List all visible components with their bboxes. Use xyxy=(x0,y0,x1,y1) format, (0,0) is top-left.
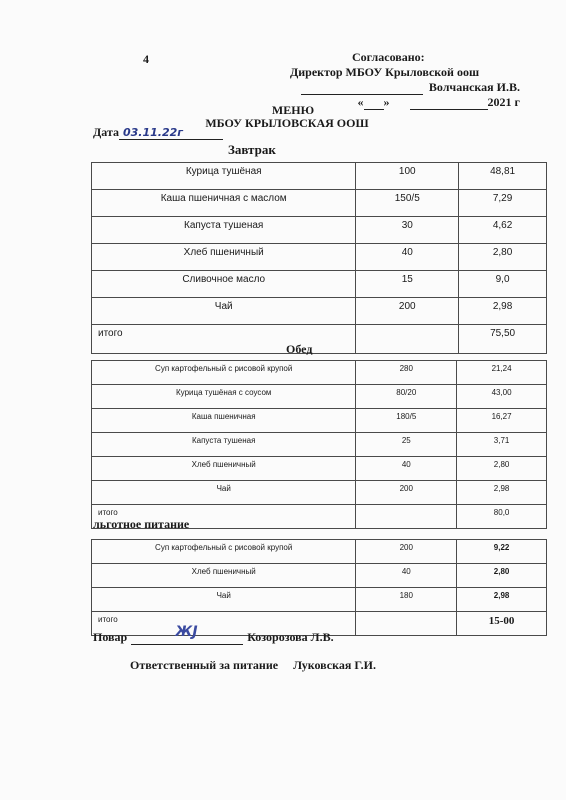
table-row: Сливочное масло159,0 xyxy=(92,271,547,298)
portion-cell: 40 xyxy=(356,457,457,481)
price-cell: 2,98 xyxy=(457,588,547,612)
portion-cell: 180 xyxy=(356,588,457,612)
portion-cell: 280 xyxy=(356,361,457,385)
portion-cell: 150/5 xyxy=(356,190,459,217)
table-row: Суп картофельный с рисовой крупой2009,22 xyxy=(92,540,547,564)
dish-cell: Хлеб пшеничный xyxy=(92,457,356,481)
portion-cell: 25 xyxy=(356,433,457,457)
subsidized-title: льготное питание xyxy=(93,517,189,532)
approval-signature-line: Волчанская И.В. xyxy=(290,80,520,95)
price-cell: 9,0 xyxy=(459,271,547,298)
portion-cell: 200 xyxy=(356,481,457,505)
price-cell: 2,80 xyxy=(457,564,547,588)
date-row: Дата 03.11.22г xyxy=(93,125,223,140)
portion-cell: 30 xyxy=(356,217,459,244)
approval-name: Волчанская И.В. xyxy=(429,80,520,95)
approval-title: Согласовано: xyxy=(290,50,520,65)
total-value: 15-00 xyxy=(457,612,547,636)
table-row: Капуста тушеная253,71 xyxy=(92,433,547,457)
dish-cell: Чай xyxy=(92,588,356,612)
price-cell: 3,71 xyxy=(457,433,547,457)
dish-cell: Суп картофельный с рисовой крупой xyxy=(92,361,356,385)
portion-cell: 40 xyxy=(356,244,459,271)
responsible-name: Луковская Г.И. xyxy=(293,658,376,672)
price-cell: 2,80 xyxy=(457,457,547,481)
approval-block: Согласовано: Директор МБОУ Крыловской оо… xyxy=(290,50,520,110)
portion-cell: 100 xyxy=(356,163,459,190)
table-row: Каша пшеничная с маслом150/57,29 xyxy=(92,190,547,217)
dish-cell: Капуста тушеная xyxy=(92,433,356,457)
cook-label: Повар xyxy=(93,630,127,645)
dish-cell: Сливочное масло xyxy=(92,271,356,298)
approval-position: Директор МБОУ Крыловской оош xyxy=(290,65,520,80)
dish-cell: Чай xyxy=(92,481,356,505)
cook-name: Козорозова Л.В. xyxy=(247,630,333,645)
signature-blank xyxy=(301,82,423,95)
lunch-title: Обед xyxy=(286,342,312,357)
portion-cell: 40 xyxy=(356,564,457,588)
price-cell: 4,62 xyxy=(459,217,547,244)
dish-cell: Курица тушёная xyxy=(92,163,356,190)
dish-cell: Каша пшеничная xyxy=(92,409,356,433)
table-row: Хлеб пшеничный402,80 xyxy=(92,457,547,481)
empty-cell xyxy=(356,325,459,354)
dish-cell: Чай xyxy=(92,298,356,325)
table-row: Курица тушёная10048,81 xyxy=(92,163,547,190)
total-label: итого xyxy=(92,325,356,354)
dish-cell: Каша пшеничная с маслом xyxy=(92,190,356,217)
empty-cell xyxy=(356,505,457,529)
price-cell: 9,22 xyxy=(457,540,547,564)
portion-cell: 200 xyxy=(356,540,457,564)
responsible-label: Ответственный за питание xyxy=(130,658,278,672)
breakfast-title: Завтрак xyxy=(228,142,276,158)
portion-cell: 80/20 xyxy=(356,385,457,409)
price-cell: 2,98 xyxy=(459,298,547,325)
table-row: Суп картофельный с рисовой крупой28021,2… xyxy=(92,361,547,385)
dish-cell: Хлеб пшеничный xyxy=(92,564,356,588)
portion-cell: 200 xyxy=(356,298,459,325)
lunch-table: Суп картофельный с рисовой крупой28021,2… xyxy=(91,360,547,529)
responsible-row: Ответственный за питание Луковская Г.И. xyxy=(130,658,376,673)
table-row: Чай1802,98 xyxy=(92,588,547,612)
dish-cell: Капуста тушеная xyxy=(92,217,356,244)
portion-cell: 15 xyxy=(356,271,459,298)
dish-cell: Суп картофельный с рисовой крупой xyxy=(92,540,356,564)
total-value: 80,0 xyxy=(457,505,547,529)
price-cell: 48,81 xyxy=(459,163,547,190)
dish-cell: Курица тушёная с соусом xyxy=(92,385,356,409)
school-name: МБОУ КРЫЛОВСКАЯ ООШ xyxy=(0,116,566,131)
table-row: Хлеб пшеничный402,80 xyxy=(92,564,547,588)
total-value: 75,50 xyxy=(459,325,547,354)
table-row: Чай2002,98 xyxy=(92,481,547,505)
table-row: Капуста тушеная304,62 xyxy=(92,217,547,244)
table-row: Каша пшеничная180/516,27 xyxy=(92,409,547,433)
price-cell: 2,80 xyxy=(459,244,547,271)
date-value: 03.11.22г xyxy=(119,126,223,140)
date-label: Дата xyxy=(93,125,119,140)
portion-cell: 180/5 xyxy=(356,409,457,433)
cook-signature-row: Повар ЖЈ Козорозова Л.В. xyxy=(93,630,334,645)
price-cell: 2,98 xyxy=(457,481,547,505)
breakfast-table: Курица тушёная10048,81Каша пшеничная с м… xyxy=(91,162,547,354)
dish-cell: Хлеб пшеничный xyxy=(92,244,356,271)
price-cell: 43,00 xyxy=(457,385,547,409)
price-cell: 16,27 xyxy=(457,409,547,433)
total-row: итого75,50 xyxy=(92,325,547,354)
price-cell: 21,24 xyxy=(457,361,547,385)
subsidized-table: Суп картофельный с рисовой крупой2009,22… xyxy=(91,539,547,636)
table-row: Хлеб пшеничный402,80 xyxy=(92,244,547,271)
page-number: 4 xyxy=(143,52,149,67)
table-row: Чай2002,98 xyxy=(92,298,547,325)
handwritten-signature: ЖЈ xyxy=(175,624,197,640)
price-cell: 7,29 xyxy=(459,190,547,217)
cook-signature-line: ЖЈ xyxy=(131,632,243,645)
empty-cell xyxy=(356,612,457,636)
table-row: Курица тушёная с соусом80/2043,00 xyxy=(92,385,547,409)
